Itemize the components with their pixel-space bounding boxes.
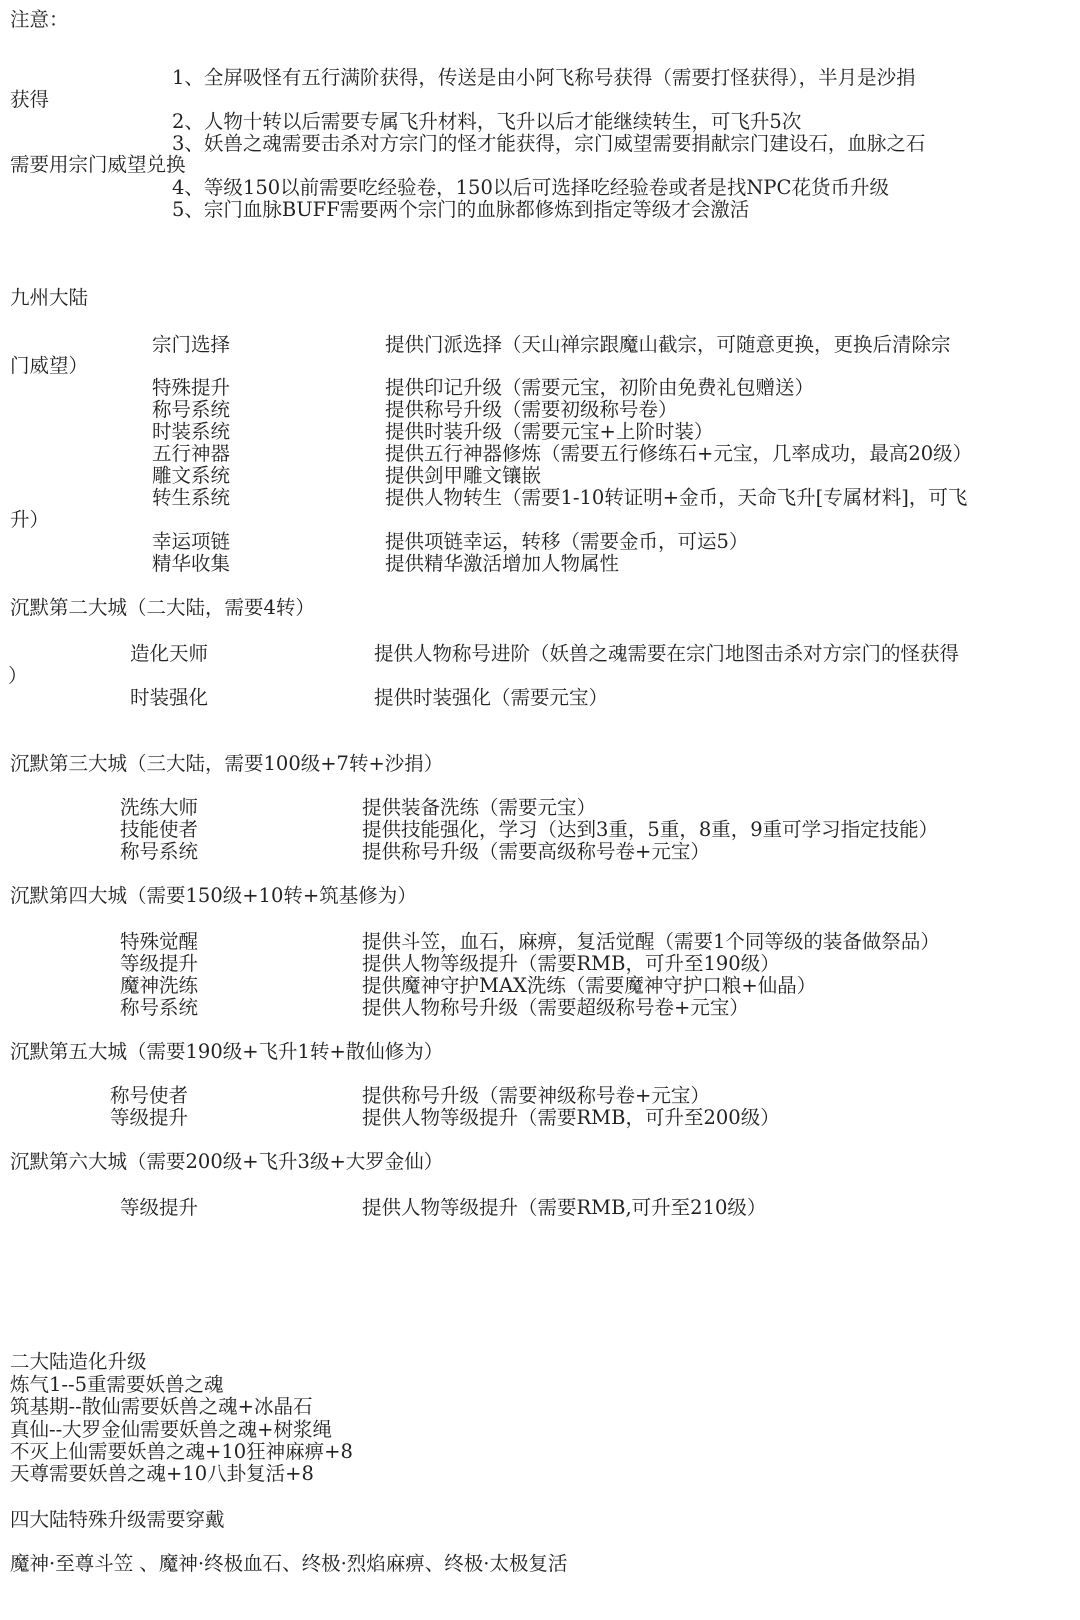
row-desc: 提供魔神守护MAX洗练（需要魔神守护口粮+仙晶）	[362, 975, 816, 997]
row-name: 精华收集	[152, 553, 230, 575]
row-desc: 提供五行神器修炼（需要五行修练石+元宝，几率成功，最高20级）	[385, 443, 972, 465]
notice-item-2: 2、人物十转以后需要专属飞升材料，飞升以后才能继续转生，可飞升5次	[172, 111, 801, 133]
row-name: 魔神洗练	[120, 975, 198, 997]
row-name: 等级提升	[110, 1107, 188, 1129]
row-name: 洗练大师	[120, 797, 198, 819]
row-desc-wrap: 升）	[10, 509, 49, 531]
row-desc: 提供时装强化（需要元宝）	[374, 687, 608, 709]
row-desc: 提供技能强化，学习（达到3重，5重，8重，9重可学习指定技能）	[362, 819, 938, 841]
row-desc: 提供门派选择（天山禅宗跟魔山截宗，可随意更换，更换后清除宗	[385, 334, 951, 356]
row-name: 造化天师	[130, 643, 208, 665]
special-title: 四大陆特殊升级需要穿戴	[10, 1509, 225, 1531]
notice-item-3: 3、妖兽之魂需要击杀对方宗门的怪才能获得，宗门威望需要捐献宗门建设石，血脉之石	[172, 133, 925, 155]
row-desc: 提供项链幸运，转移（需要金币，可运5）	[385, 531, 748, 553]
row-name: 雕文系统	[152, 465, 230, 487]
section-title-city2: 沉默第二大城（二大陆，需要4转）	[10, 597, 315, 619]
row-desc: 提供印记升级（需要元宝，初阶由免费礼包赠送）	[385, 377, 814, 399]
row-desc: 提供时装升级（需要元宝+上阶时装）	[385, 421, 713, 443]
row-desc: 提供称号升级（需要神级称号卷+元宝）	[362, 1085, 710, 1107]
row-desc: 提供称号升级（需要初级称号卷）	[385, 399, 678, 421]
row-name: 时装系统	[152, 421, 230, 443]
upgrade-line: 天尊需要妖兽之魂+10八卦复活+8	[10, 1463, 314, 1485]
row-desc-wrap: ）	[8, 665, 28, 687]
row-desc: 提供装备洗练（需要元宝）	[362, 797, 596, 819]
row-desc: 提供精华激活增加人物属性	[385, 553, 619, 575]
row-desc: 提供人物等级提升（需要RMB，可升至200级）	[362, 1107, 780, 1129]
row-desc: 提供人物转生（需要1-10转证明+金币，天命飞升[专属材料]，可飞	[385, 487, 967, 509]
row-name: 等级提升	[120, 953, 198, 975]
notice-title: 注意：	[10, 9, 69, 31]
row-name: 转生系统	[152, 487, 230, 509]
row-name: 称号系统	[120, 841, 198, 863]
section-title-city5: 沉默第五大城（需要190级+飞升1转+散仙修为）	[10, 1041, 443, 1063]
special-items: 魔神·至尊斗笠 、魔神·终极血石、终极·烈焰麻痹、终极·太极复活	[10, 1553, 568, 1575]
section-title-city3: 沉默第三大城（三大陆，需要100级+7转+沙捐）	[10, 753, 443, 775]
row-name: 称号使者	[110, 1085, 188, 1107]
upgrade-line: 筑基期--散仙需要妖兽之魂+冰晶石	[10, 1396, 313, 1418]
notice-item-4: 4、等级150以前需要吃经验卷，150以后可选择吃经验卷或者是找NPC花货币升级	[172, 177, 889, 199]
row-name: 等级提升	[120, 1197, 198, 1219]
row-name: 时装强化	[130, 687, 208, 709]
row-name: 称号系统	[120, 997, 198, 1019]
row-name: 特殊提升	[152, 377, 230, 399]
row-name: 技能使者	[120, 819, 198, 841]
row-desc-wrap: 门威望）	[10, 355, 88, 377]
row-name: 称号系统	[152, 399, 230, 421]
row-name: 幸运项链	[152, 531, 230, 553]
notice-item-5: 5、宗门血脉BUFF需要两个宗门的血脉都修炼到指定等级才会激活	[172, 199, 749, 221]
row-name: 特殊觉醒	[120, 931, 198, 953]
row-desc: 提供人物称号升级（需要超级称号卷+元宝）	[362, 997, 749, 1019]
notice-item-1-wrap: 获得	[10, 89, 49, 111]
section-title-city6: 沉默第六大城（需要200级+飞升3级+大罗金仙）	[10, 1151, 443, 1173]
row-desc: 提供称号升级（需要高级称号卷+元宝）	[362, 841, 710, 863]
upgrade-line: 不灭上仙需要妖兽之魂+10狂神麻痹+8	[10, 1441, 353, 1463]
row-desc: 提供斗笠，血石，麻痹，复活觉醒（需要1个同等级的装备做祭品）	[362, 931, 940, 953]
row-desc: 提供人物称号进阶（妖兽之魂需要在宗门地图击杀对方宗门的怪获得	[374, 643, 959, 665]
row-desc: 提供人物等级提升（需要RMB,可升至210级）	[362, 1197, 766, 1219]
section-title-jiuzhou: 九州大陆	[10, 287, 88, 309]
row-name: 宗门选择	[152, 334, 230, 356]
upgrade-line: 真仙--大罗金仙需要妖兽之魂+树浆绳	[10, 1419, 332, 1441]
row-desc: 提供人物等级提升（需要RMB，可升至190级）	[362, 953, 780, 975]
notice-item-3-wrap: 需要用宗门威望兑换	[10, 154, 186, 176]
upgrade-title: 二大陆造化升级	[10, 1351, 147, 1373]
notice-item-1: 1、全屏吸怪有五行满阶获得，传送是由小阿飞称号获得（需要打怪获得），半月是沙捐	[172, 67, 916, 89]
section-title-city4: 沉默第四大城（需要150级+10转+筑基修为）	[10, 885, 417, 907]
upgrade-line: 炼气1--5重需要妖兽之魂	[10, 1374, 224, 1396]
row-desc: 提供剑甲雕文镶嵌	[385, 465, 541, 487]
row-name: 五行神器	[152, 443, 230, 465]
